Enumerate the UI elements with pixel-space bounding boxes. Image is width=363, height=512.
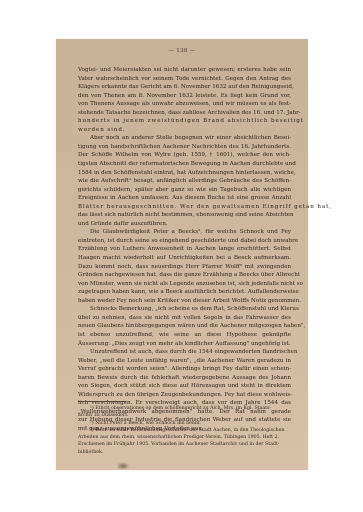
text-line: wie die Aufschrift¹ besagt, anfänglich a… [78, 177, 291, 186]
text-line: Schnocks Bemerkung, „ich scheine es dem … [78, 305, 291, 314]
text-line: den von Thenen am 8. November 1632 leist… [78, 92, 291, 101]
text-line: Ereignisse in Aachen umfassen. Aus diese… [78, 194, 291, 203]
text-line: Äusserung: „Dies zeugt von mehr als kind… [78, 340, 291, 349]
text-line: Erzählung von Luthers Anwesenheit in Aac… [78, 245, 291, 254]
footnote-separator [78, 401, 126, 402]
text-line: Vater wahrscheinlich vor seinem Tode ver… [78, 75, 291, 84]
page-number: — 138 — [56, 48, 308, 54]
text-line: Gründen nachgewiesen hat, dass die ganze… [78, 271, 291, 280]
text-line: Klägers erkannte das Gericht am 6. Novem… [78, 83, 291, 92]
text-line: Die Glaubwürdigkeit Peter a Beecks², für… [78, 228, 291, 237]
text-line: neuen Glaubens hinübergegangen wären und… [78, 322, 291, 331]
text-line: und Gründe dafür auszuführen. [78, 220, 291, 229]
text-line: von Münster, wenn sie nicht als Legende … [78, 280, 291, 289]
footnote-2: ²) Nicht Peter à Beeck, wie Schnock ihn … [78, 420, 291, 427]
text-line: haben weder Fey noch sein Kritiker von d… [78, 297, 291, 306]
text-line: Vogtei- und Meiereiakten sei nicht darun… [78, 66, 291, 75]
body-text: Vogtei- und Meiereiakten sei nicht darun… [78, 66, 291, 434]
text-line: von Siegen, doch stützt sich diese auf H… [78, 382, 291, 391]
text-line: Aber noch an anderer Stelle begegnen wir… [78, 134, 291, 143]
text-line: 1584 in den Schöffenstuhl eintrat, hat A… [78, 169, 291, 178]
text-line: Widerspruch zu den übrigen Zeugenbekundu… [78, 391, 291, 400]
text-line: Dazu kommt noch, dass neuerdings Herr Pf… [78, 263, 291, 272]
footnotes: ¹) Etliclt observationes op dem schöffen… [78, 405, 291, 456]
text-line: Verruf gebracht worden seien". Allerding… [78, 365, 291, 374]
text-line: Der Schöffe Wilhelm von Wylre (geb. 1559… [78, 151, 291, 160]
footnote-1-cont: archiv zu Düsseldorf. [78, 412, 291, 419]
text-line: Haagen macht wiederholt auf Unrichtigkei… [78, 254, 291, 263]
footnote-3-cont: Erschienen im Frühjahr 1905. Vorhanden i… [78, 441, 291, 448]
text-line: Blätter herausgeschnitten. Wer den gewal… [78, 203, 291, 212]
text-line: baren Beweis durch die fehlerhaft wieder… [78, 374, 291, 383]
footnote-3-cont: bibliothek. [78, 449, 291, 456]
text-line: zugetragen haben kann, wie a Beeck ausfü… [78, 288, 291, 297]
text-line: eintreten, ist durch seine so eingehend … [78, 237, 291, 246]
text-line: worden sind. [78, 126, 291, 135]
scanned-book-page: — 138 — Vogtei- und Meiereiakten sei nic… [56, 39, 308, 470]
footnote-1: ¹) Etliclt observationes op dem schöffen… [78, 405, 291, 412]
text-line: Unzutreffend ist auch, dass durch die 15… [78, 348, 291, 357]
text-line: ist ebenso unzutreffend, wie seine an di… [78, 331, 291, 340]
text-line: tigsten Abschnitt der reformatorischen B… [78, 160, 291, 169]
scan-shadow [116, 462, 130, 470]
text-line: stehende Tatsache bezeichnen, dass zahll… [78, 109, 291, 118]
text-line: tigung von handschriftlichen Aachener Na… [78, 143, 291, 152]
footnote-3-cont: Arbeiten aus dem rhein. wissenschaftlich… [78, 434, 291, 441]
text-line: von Thenens Aussage als unwahr abzuweise… [78, 100, 291, 109]
text-line: übel zu nehmen, dass sie nicht mit volle… [78, 314, 291, 323]
text-line: gerichts schildern, später aber ganz so … [78, 186, 291, 195]
text-line: hunderts in jenem zweistündigen Brand ab… [78, 117, 291, 126]
text-line: das lässt sich natürlich nicht bestimmen… [78, 211, 291, 220]
footnote-3: ³) Beitr. zu einer Reformationsgeschicht… [78, 427, 291, 434]
text-line: Weber, „weil die Leute unfähig waren", „… [78, 357, 291, 366]
